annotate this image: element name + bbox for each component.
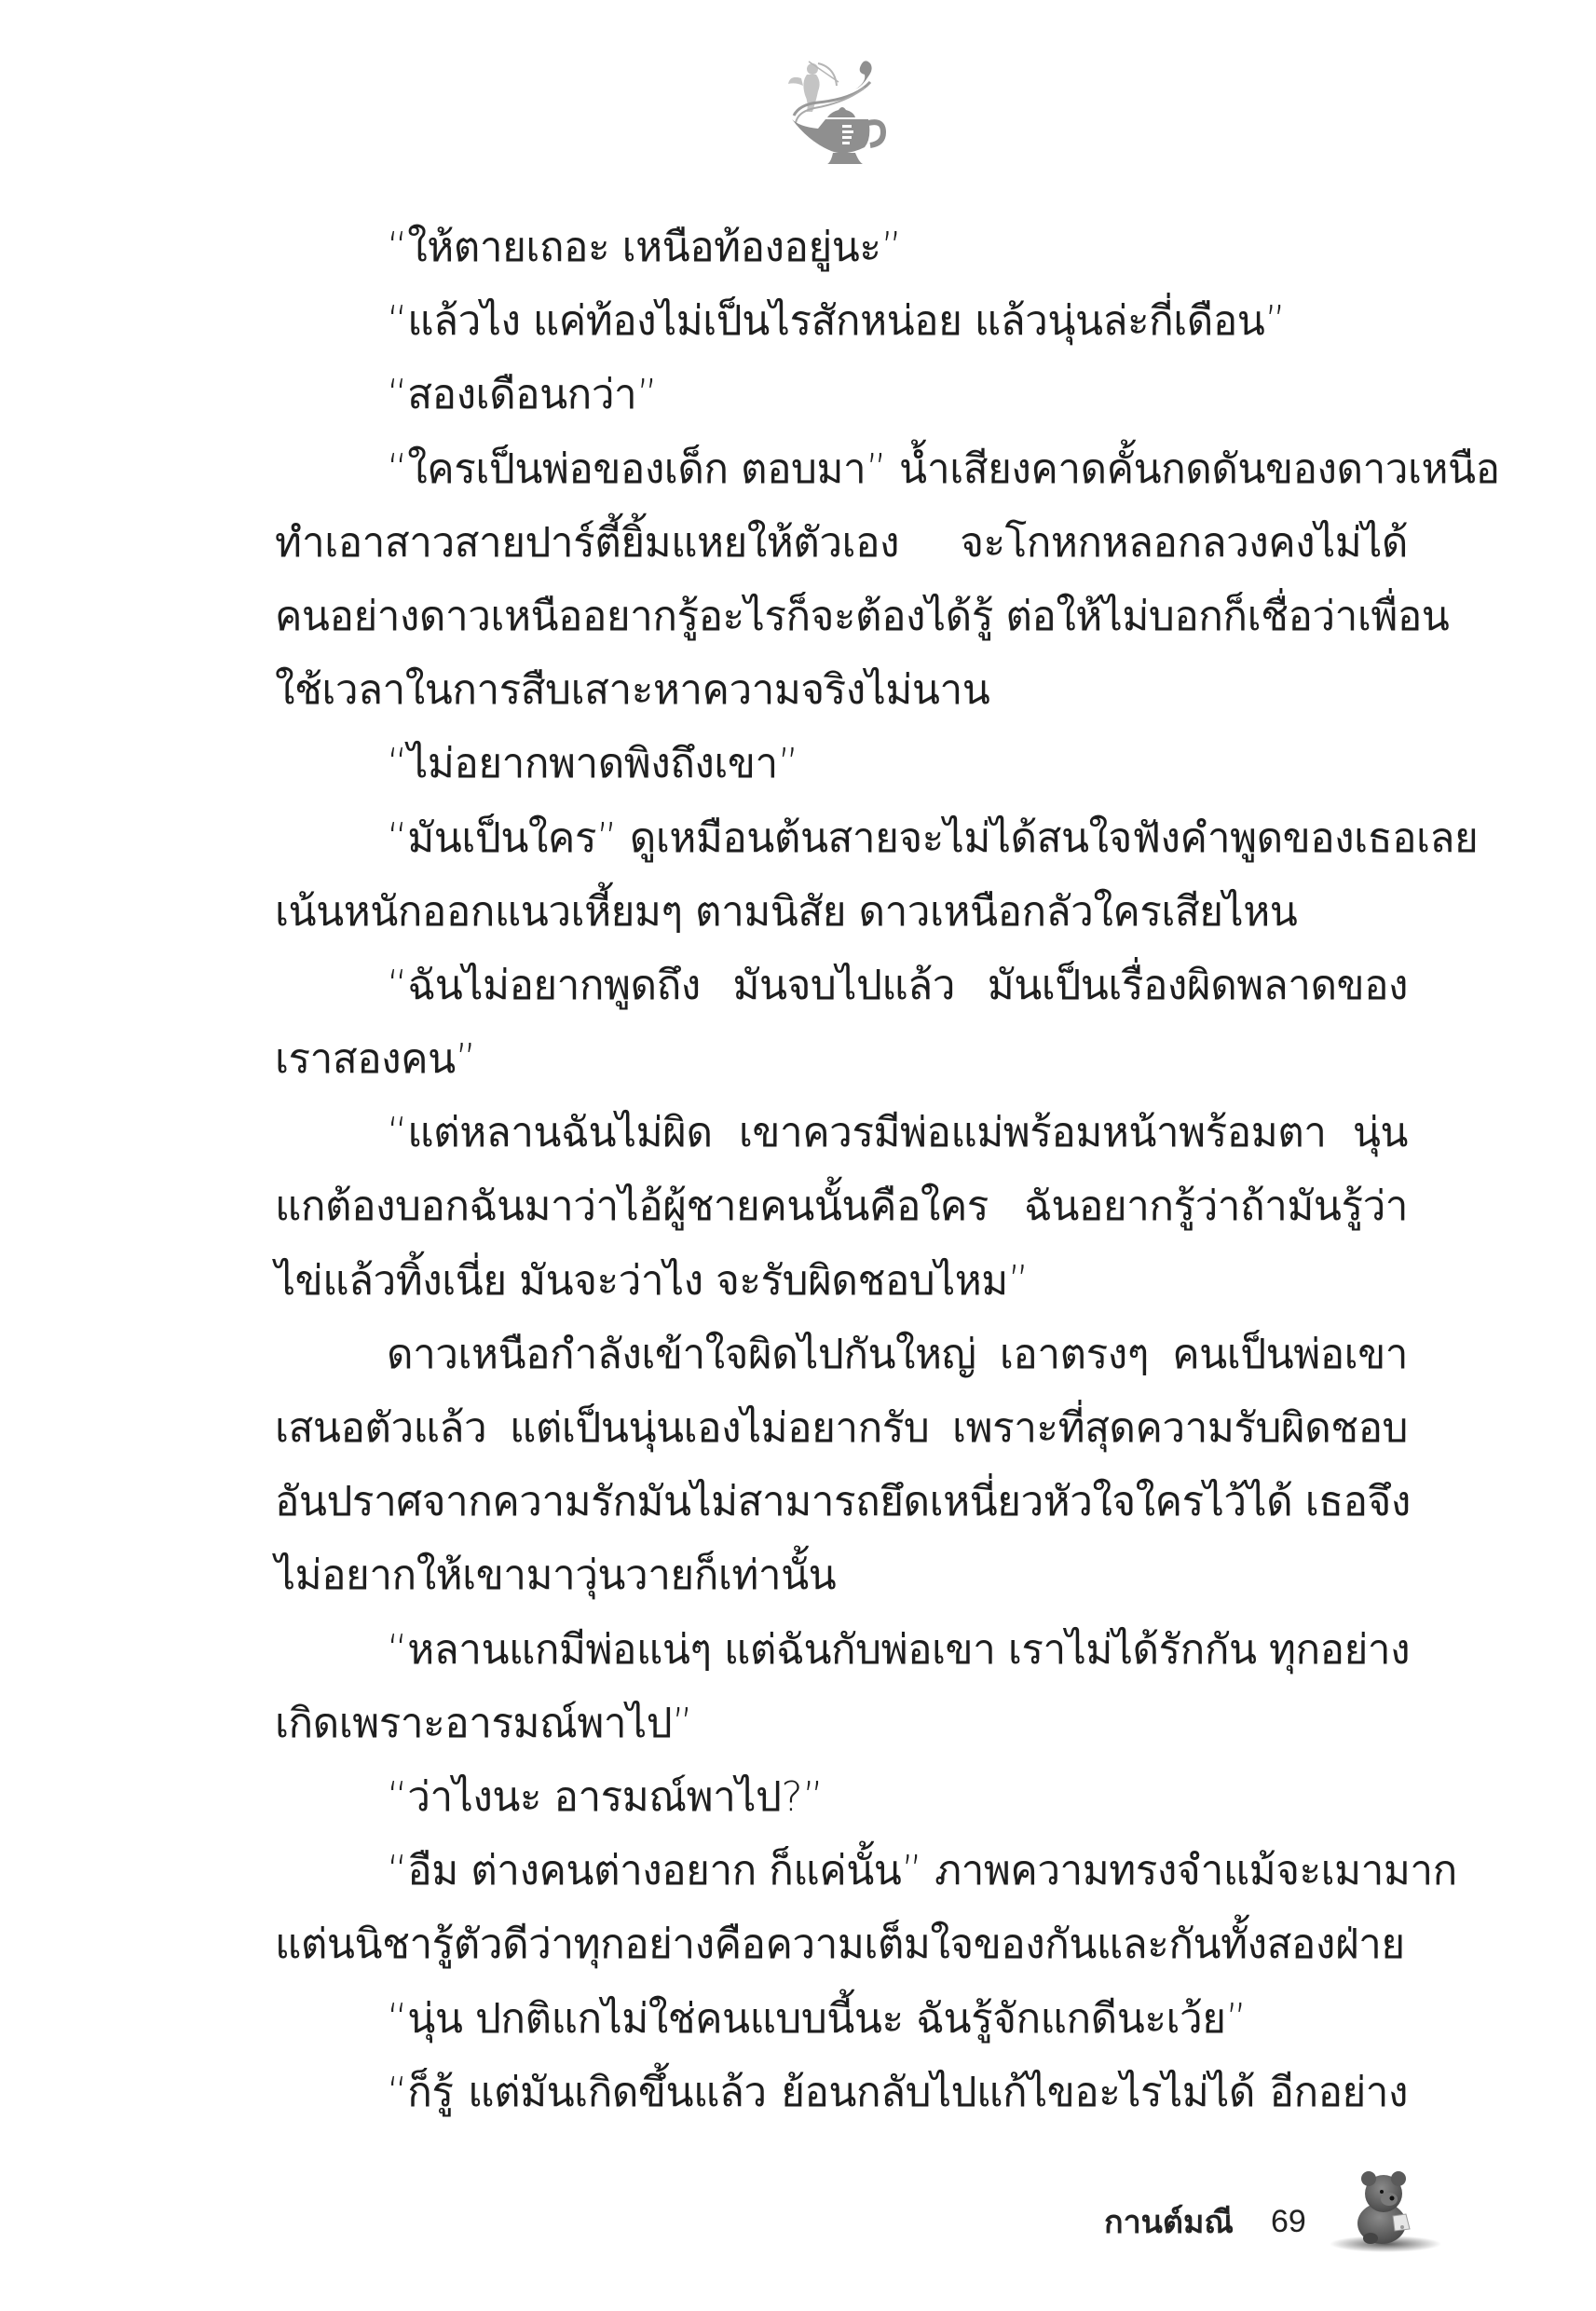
book-title: กานต์มณี <box>1104 2196 1234 2247</box>
story-text: “ให้ตายเถอะ เหนือท้องอยู่นะ” “แล้วไง แค่… <box>275 211 1408 2129</box>
text-line: “ก็รู้ แต่มันเกิดขึ้นแล้ว ย้อนกลับไปแก้ไ… <box>275 2056 1408 2129</box>
text-line: เสนอตัวแล้ว แต่เป็นนุ่นเองไม่อยากรับ เพร… <box>275 1391 1408 1465</box>
text-line: “อืม ต่างคนต่างอยาก ก็แค่นั้น” ภาพความทร… <box>275 1834 1408 1908</box>
text-line: ดาวเหนือกำลังเข้าใจผิดไปกันใหญ่ เอาตรงๆ … <box>275 1318 1408 1391</box>
text-line: ไม่อยากให้เขามาวุ่นวายก็เท่านั้น <box>275 1538 1408 1612</box>
magic-lamp-cupid-icon <box>781 54 896 171</box>
text-line: ไข่แล้วทิ้งเนี่ย มันจะว่าไง จะรับผิดชอบไ… <box>275 1244 1408 1318</box>
page-footer: กานต์มณี 69 <box>1104 2194 1306 2249</box>
text-line: “ใครเป็นพ่อของเด็ก ตอบมา” น้ำเสียงคาดคั้… <box>275 432 1408 506</box>
text-line: “แล้วไง แค่ท้องไม่เป็นไรสักหน่อย แล้วนุ่… <box>275 284 1408 358</box>
text-line: ใช้เวลาในการสืบเสาะหาความจริงไม่นาน <box>275 653 1408 727</box>
text-line: เกิดเพราะอารมณ์พาไป” <box>275 1687 1408 1760</box>
text-line: “ไม่อยากพาดพิงถึงเขา” <box>275 727 1408 800</box>
text-line: “สองเดือนกว่า” <box>275 358 1408 431</box>
text-line: “หลานแกมีพ่อแน่ๆ แต่ฉันกับพ่อเขา เราไม่ไ… <box>275 1613 1408 1687</box>
page-number: 69 <box>1271 2204 1306 2240</box>
text-line: “มันเป็นใคร” ดูเหมือนต้นสายจะไม่ได้สนใจฟ… <box>275 801 1408 875</box>
text-line: “ว่าไงนะ อารมณ์พาไป?” <box>275 1760 1408 1834</box>
text-line: “ฉันไม่อยากพูดถึง มันจบไปแล้ว มันเป็นเรื… <box>275 949 1408 1022</box>
text-line: ทำเอาสาวสายปาร์ตี้ยิ้มแหยให้ตัวเอง จะโกห… <box>275 506 1408 580</box>
text-line: แกต้องบอกฉันมาว่าไอ้ผู้ชายคนนั้นคือใคร ฉ… <box>275 1169 1408 1243</box>
text-line: เน้นหนักออกแนวเหี้ยมๆ ตามนิสัย ดาวเหนือก… <box>275 875 1408 949</box>
text-line: “แต่หลานฉันไม่ผิด เขาควรมีพ่อแม่พร้อมหน้… <box>275 1096 1408 1169</box>
text-line: คนอย่างดาวเหนืออยากรู้อะไรก็จะต้องได้รู้… <box>275 580 1408 653</box>
text-line: “ให้ตายเถอะ เหนือท้องอยู่นะ” <box>275 211 1408 284</box>
text-line: แต่นนิชารู้ตัวดีว่าทุกอย่างคือความเต็มใจ… <box>275 1908 1408 1981</box>
teddy-bear-with-bell-icon <box>1328 2169 1449 2255</box>
text-line: อันปราศจากความรักมันไม่สามารถยึดเหนี่ยวห… <box>275 1465 1408 1538</box>
text-line: เราสองคน” <box>275 1022 1408 1096</box>
text-line: “นุ่น ปกติแกไม่ใช่คนแบบนี้นะ ฉันรู้จักแก… <box>275 1982 1408 2056</box>
